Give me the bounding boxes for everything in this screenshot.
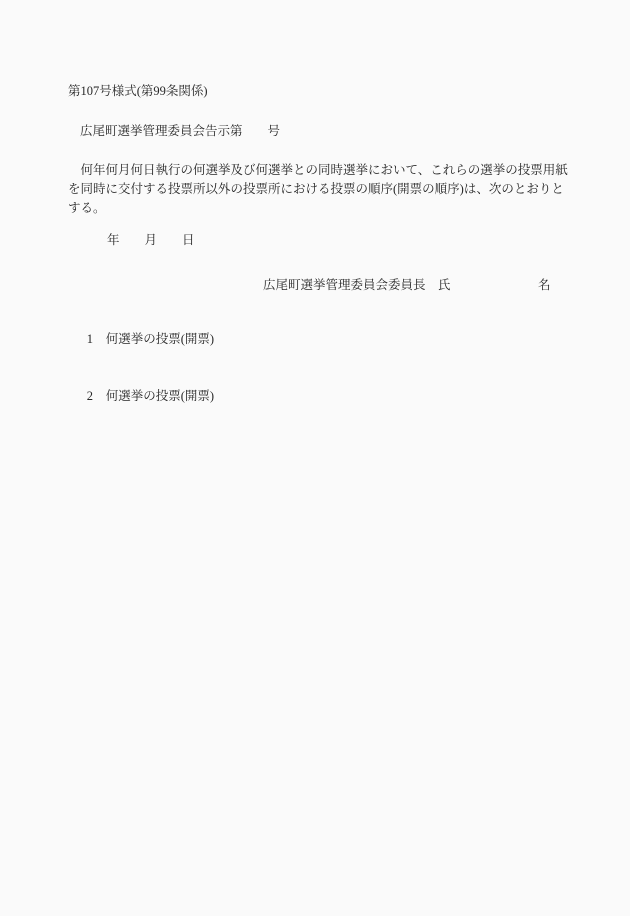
paragraph-line-3: する。	[68, 199, 580, 218]
item-label: 何選挙の投票(開票)	[106, 389, 214, 403]
document-page: 第107号様式(第99条関係) 広尾町選挙管理委員会告示第 号 何年何月何日執行…	[0, 0, 630, 425]
paragraph-line-2: を同時に交付する投票所以外の投票所における投票の順序(開票の順序)は、次のとおり…	[68, 180, 580, 199]
item-number: 1	[87, 330, 94, 349]
item-label: 何選挙の投票(開票)	[106, 332, 214, 346]
paragraph-line-1: 何年何月何日執行の何選挙及び何選挙との同時選挙において、これらの選挙の投票用紙	[68, 161, 580, 180]
signature-line: 広尾町選挙管理委員会委員長 氏 名	[263, 276, 580, 295]
list-item: 2何選挙の投票(開票)	[68, 368, 580, 425]
notice-number-line: 広尾町選挙管理委員会告示第 号	[80, 122, 580, 141]
body-paragraph: 何年何月何日執行の何選挙及び何選挙との同時選挙において、これらの選挙の投票用紙 …	[68, 161, 580, 218]
item-number: 2	[87, 387, 94, 406]
date-line: 年 月 日	[107, 231, 580, 250]
form-number-line: 第107号様式(第99条関係)	[68, 82, 580, 101]
order-list: 1何選挙の投票(開票) 2何選挙の投票(開票)	[68, 311, 580, 425]
list-item: 1何選挙の投票(開票)	[68, 311, 580, 368]
